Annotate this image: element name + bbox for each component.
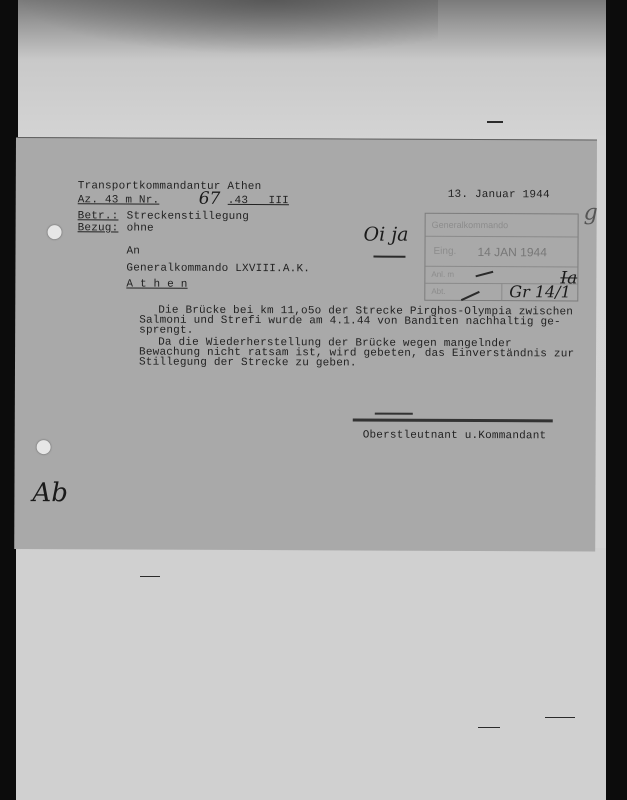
margin-mark: Ab (32, 478, 68, 508)
reference-label: Bezug: (78, 222, 119, 234)
speck (140, 576, 160, 577)
sender: Transportkommandantur Athen (78, 180, 262, 193)
speck (478, 727, 500, 728)
handwritten-initials: Oi ja (364, 224, 409, 246)
punch-hole (37, 440, 51, 454)
letter-page: Transportkommandantur Athen Az. 43 m Nr.… (14, 137, 597, 552)
body-line: sprengt. (139, 325, 193, 337)
signature (353, 418, 553, 422)
signature-title: Oberstleutnant u.Kommandant (363, 430, 547, 443)
stamp-received-label: Eing. (433, 246, 456, 257)
reference-prefix: Az. 43 m Nr. (78, 194, 160, 206)
reference-suffix: .43 III (228, 195, 289, 207)
stamp-header: Generalkommando (432, 220, 509, 230)
corner-mark: g (584, 200, 598, 225)
to-label: An (126, 245, 140, 257)
body-line: Salmoni und Strefi wurde am 4.1.44 von B… (139, 315, 561, 329)
lower-page (16, 548, 606, 800)
stamp-row3-label: Anl. m (431, 270, 454, 279)
recipient-city: A t h e n (126, 278, 187, 290)
speck (487, 121, 503, 123)
stamp-note: Ia (560, 268, 577, 288)
subject-label: Betr.: (78, 210, 119, 222)
recipient: Generalkommando LXVIII.A.K. (126, 262, 310, 275)
date: 13. Januar 1944 (448, 189, 550, 201)
reference-number: 67 (199, 189, 221, 209)
body-line: Stillegung der Strecke zu geben. (139, 357, 357, 370)
stamp-received-date: 14 JAN 1944 (477, 245, 546, 259)
reference-value: ohne (127, 222, 154, 234)
stamp-row4-label: Abt. (431, 287, 445, 296)
underline-mark (373, 256, 405, 258)
signature-stroke (375, 413, 413, 415)
punch-hole (48, 225, 62, 239)
speck (545, 717, 575, 718)
subject-value: Streckenstillegung (127, 210, 249, 223)
